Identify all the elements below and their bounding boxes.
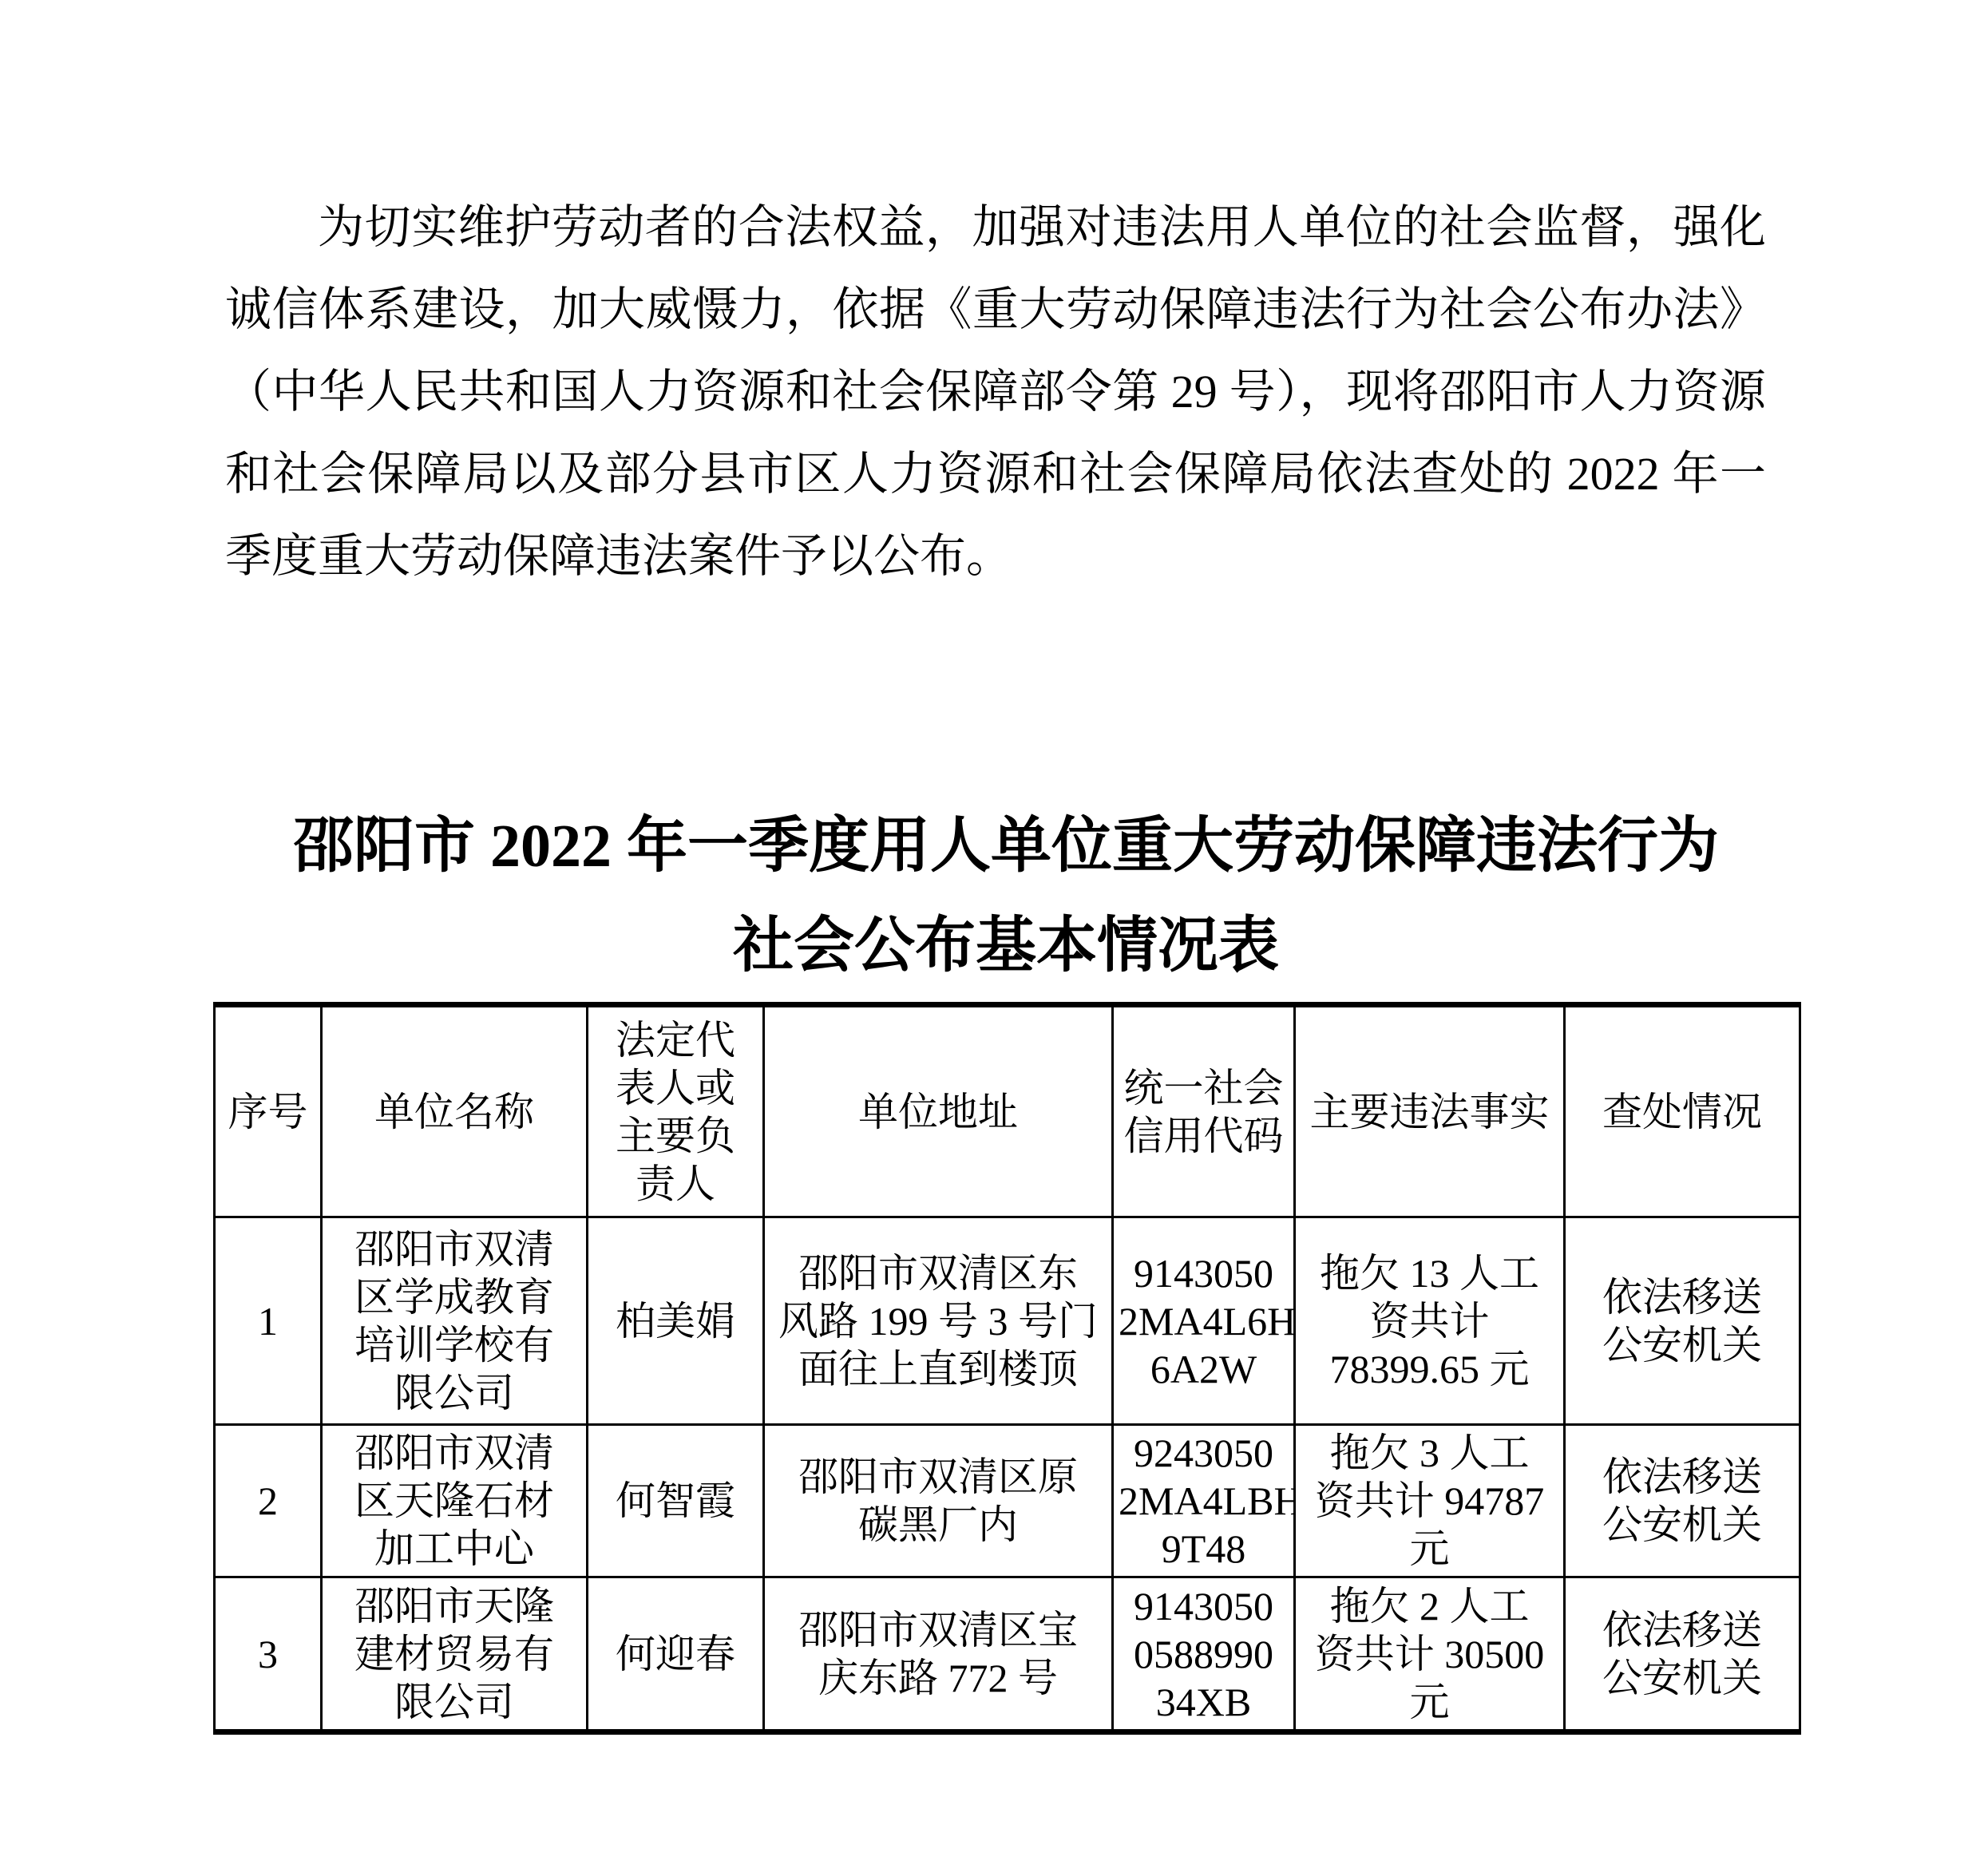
row2-company-name: 邵阳市双清 区天隆石材 加工中心	[322, 1425, 588, 1577]
row1-legal-representative: 柏美娟	[588, 1217, 764, 1425]
row3-company-address: 邵阳市双清区宝 庆东路 772 号	[764, 1577, 1113, 1732]
row3-credit-code: 9143050 0588990 34XB	[1113, 1577, 1295, 1732]
row3-violation-facts: 拖欠 2 人工 资共计 30500 元	[1295, 1577, 1565, 1732]
header-company-address: 单位地址	[764, 1005, 1113, 1217]
table-row: 2 邵阳市双清 区天隆石材 加工中心 何智霞 邵阳市双清区原 碳黑厂内 9243…	[215, 1425, 1800, 1577]
row1-serial-number: 1	[215, 1217, 322, 1425]
table-title: 邵阳市 2022 年一季度用人单位重大劳动保障违法行为 社会公布基本情况表	[213, 797, 1799, 996]
header-serial-number: 序号	[215, 1005, 322, 1217]
row1-company-name: 邵阳市双清 区学成教育 培训学校有 限公司	[322, 1217, 588, 1425]
violations-table: 序号 单位名称 法定代 表人或 主要负 责人 单位地址 统一社会 信用代码 主要…	[213, 1002, 1801, 1735]
table-title-line1: 邵阳市 2022 年一季度用人单位重大劳动保障违法行为	[213, 797, 1799, 896]
row1-credit-code: 9143050 2MA4L6H 6A2W	[1113, 1217, 1295, 1425]
intro-paragraph: 为切实维护劳动者的合法权益，加强对违法用人单位的社会监督，强化诚信体系建设，加大…	[225, 186, 1766, 597]
row2-legal-representative: 何智霞	[588, 1425, 764, 1577]
header-legal-representative: 法定代 表人或 主要负 责人	[588, 1005, 764, 1217]
header-violation-facts: 主要违法事实	[1295, 1005, 1565, 1217]
row3-company-name: 邵阳市天隆 建材贸易有 限公司	[322, 1577, 588, 1732]
table-header-row: 序号 单位名称 法定代 表人或 主要负 责人 单位地址 统一社会 信用代码 主要…	[215, 1005, 1800, 1217]
row1-disposition: 依法移送 公安机关	[1565, 1217, 1800, 1425]
row3-legal-representative: 何迎春	[588, 1577, 764, 1732]
table-title-line2: 社会公布基本情况表	[213, 896, 1799, 996]
header-company-name: 单位名称	[322, 1005, 588, 1217]
table-row: 3 邵阳市天隆 建材贸易有 限公司 何迎春 邵阳市双清区宝 庆东路 772 号 …	[215, 1577, 1800, 1732]
document-page: 为切实维护劳动者的合法权益，加强对违法用人单位的社会监督，强化诚信体系建设，加大…	[0, 0, 1968, 1876]
row3-serial-number: 3	[215, 1577, 322, 1732]
row3-disposition: 依法移送 公安机关	[1565, 1577, 1800, 1732]
header-credit-code: 统一社会 信用代码	[1113, 1005, 1295, 1217]
row2-credit-code: 9243050 2MA4LBH 9T48	[1113, 1425, 1295, 1577]
row2-disposition: 依法移送 公安机关	[1565, 1425, 1800, 1577]
table-row: 1 邵阳市双清 区学成教育 培训学校有 限公司 柏美娟 邵阳市双清区东 风路 1…	[215, 1217, 1800, 1425]
row2-serial-number: 2	[215, 1425, 322, 1577]
row1-violation-facts: 拖欠 13 人工 资共计 78399.65 元	[1295, 1217, 1565, 1425]
row2-company-address: 邵阳市双清区原 碳黑厂内	[764, 1425, 1113, 1577]
header-disposition: 查处情况	[1565, 1005, 1800, 1217]
row2-violation-facts: 拖欠 3 人工 资共计 94787 元	[1295, 1425, 1565, 1577]
row1-company-address: 邵阳市双清区东 风路 199 号 3 号门 面往上直到楼顶	[764, 1217, 1113, 1425]
